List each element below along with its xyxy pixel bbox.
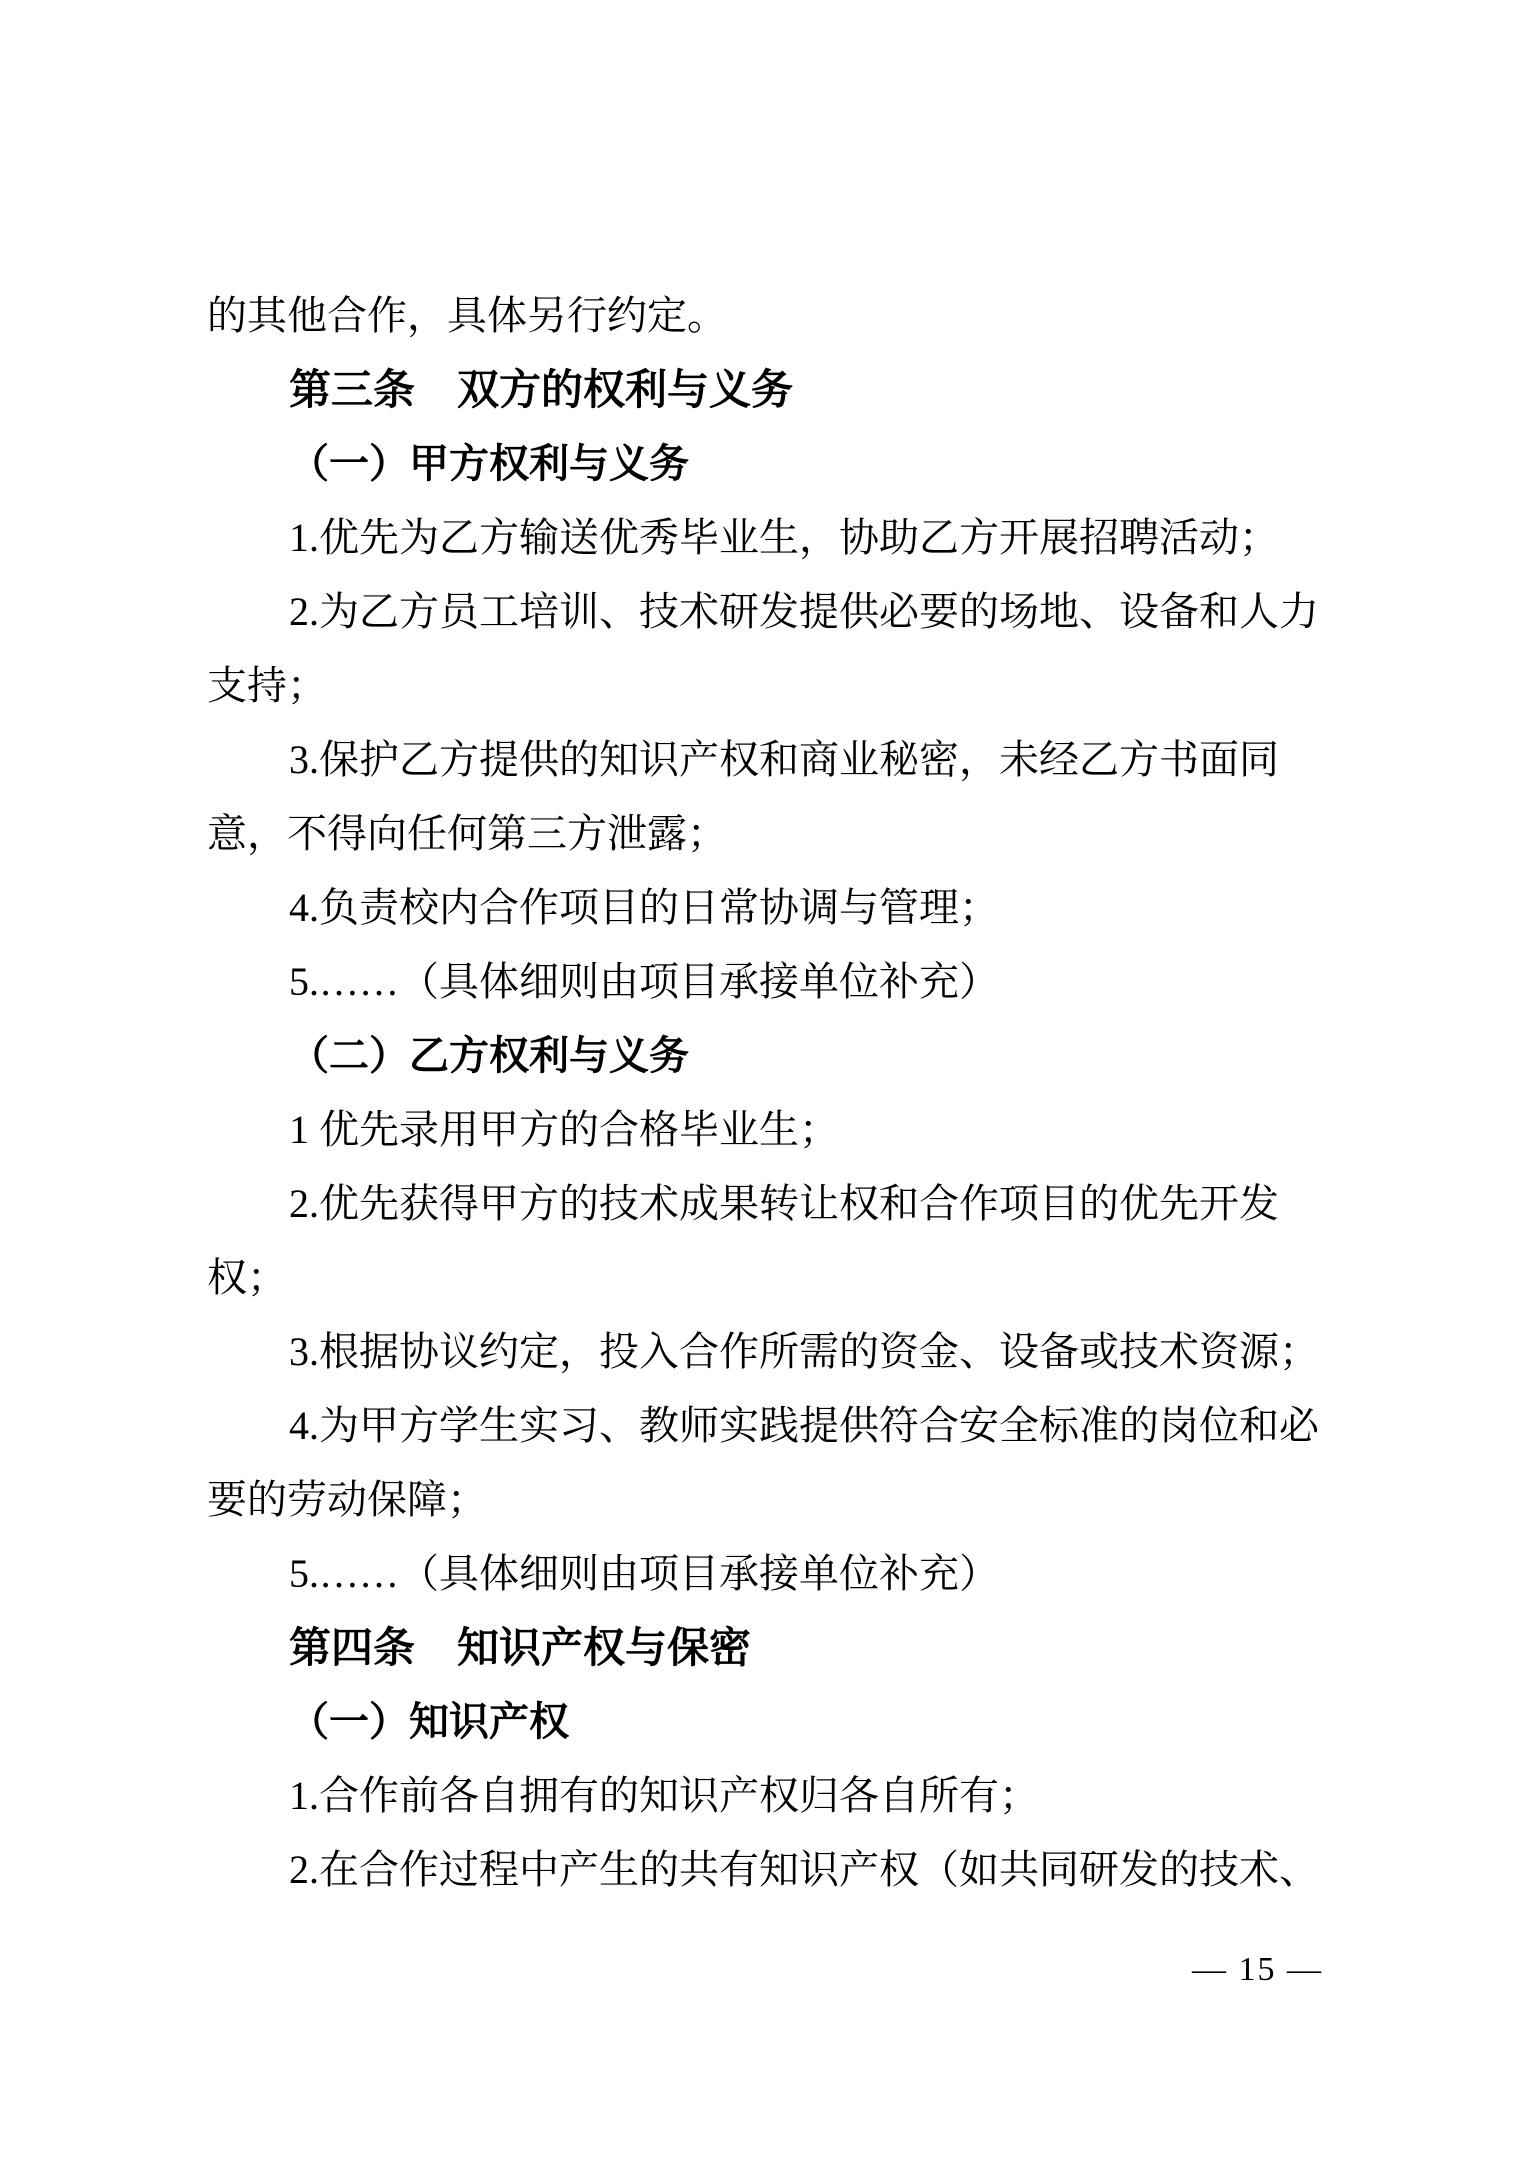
paragraph-line: 1.优先为乙方输送优秀毕业生，协助乙方开展招聘活动； [207,501,1407,575]
paragraph-line: 的其他合作，具体另行约定。 [207,279,1407,353]
section-heading: 第三条 双方的权利与义务 [207,353,1407,427]
sub-section-heading: （二）乙方权利与义务 [207,1019,1407,1093]
paragraph-line: 4.为甲方学生实习、教师实践提供符合安全标准的岗位和必 [207,1389,1407,1463]
document-page: 的其他合作，具体另行约定。第三条 双方的权利与义务（一）甲方权利与义务1.优先为… [0,0,1536,2171]
paragraph-line: 2.优先获得甲方的技术成果转让权和合作项目的优先开发 [207,1167,1407,1241]
sub-section-heading: （一）知识产权 [207,1685,1407,1759]
paragraph-line: 2.在合作过程中产生的共有知识产权（如共同研发的技术、 [207,1833,1407,1907]
paragraph-line: 1.合作前各自拥有的知识产权归各自所有； [207,1759,1407,1833]
paragraph-line: 3.根据协议约定，投入合作所需的资金、设备或技术资源； [207,1315,1407,1389]
paragraph-line: 3.保护乙方提供的知识产权和商业秘密，未经乙方书面同 [207,723,1407,797]
paragraph-line: 2.为乙方员工培训、技术研发提供必要的场地、设备和人力 [207,575,1407,649]
paragraph-line: 要的劳动保障； [207,1463,1407,1537]
sub-section-heading: （一）甲方权利与义务 [207,427,1407,501]
paragraph-line: 5.……（具体细则由项目承接单位补充） [207,1537,1407,1611]
page-number: — 15 — [1192,1948,1323,1992]
paragraph-line: 1 优先录用甲方的合格毕业生； [207,1093,1407,1167]
paragraph-line: 5.……（具体细则由项目承接单位补充） [207,945,1407,1019]
paragraph-line: 意，不得向任何第三方泄露； [207,797,1407,871]
paragraph-line: 权； [207,1241,1407,1315]
document-body: 的其他合作，具体另行约定。第三条 双方的权利与义务（一）甲方权利与义务1.优先为… [207,279,1407,1907]
paragraph-line: 4.负责校内合作项目的日常协调与管理； [207,871,1407,945]
section-heading: 第四条 知识产权与保密 [207,1611,1407,1685]
paragraph-line: 支持； [207,649,1407,723]
